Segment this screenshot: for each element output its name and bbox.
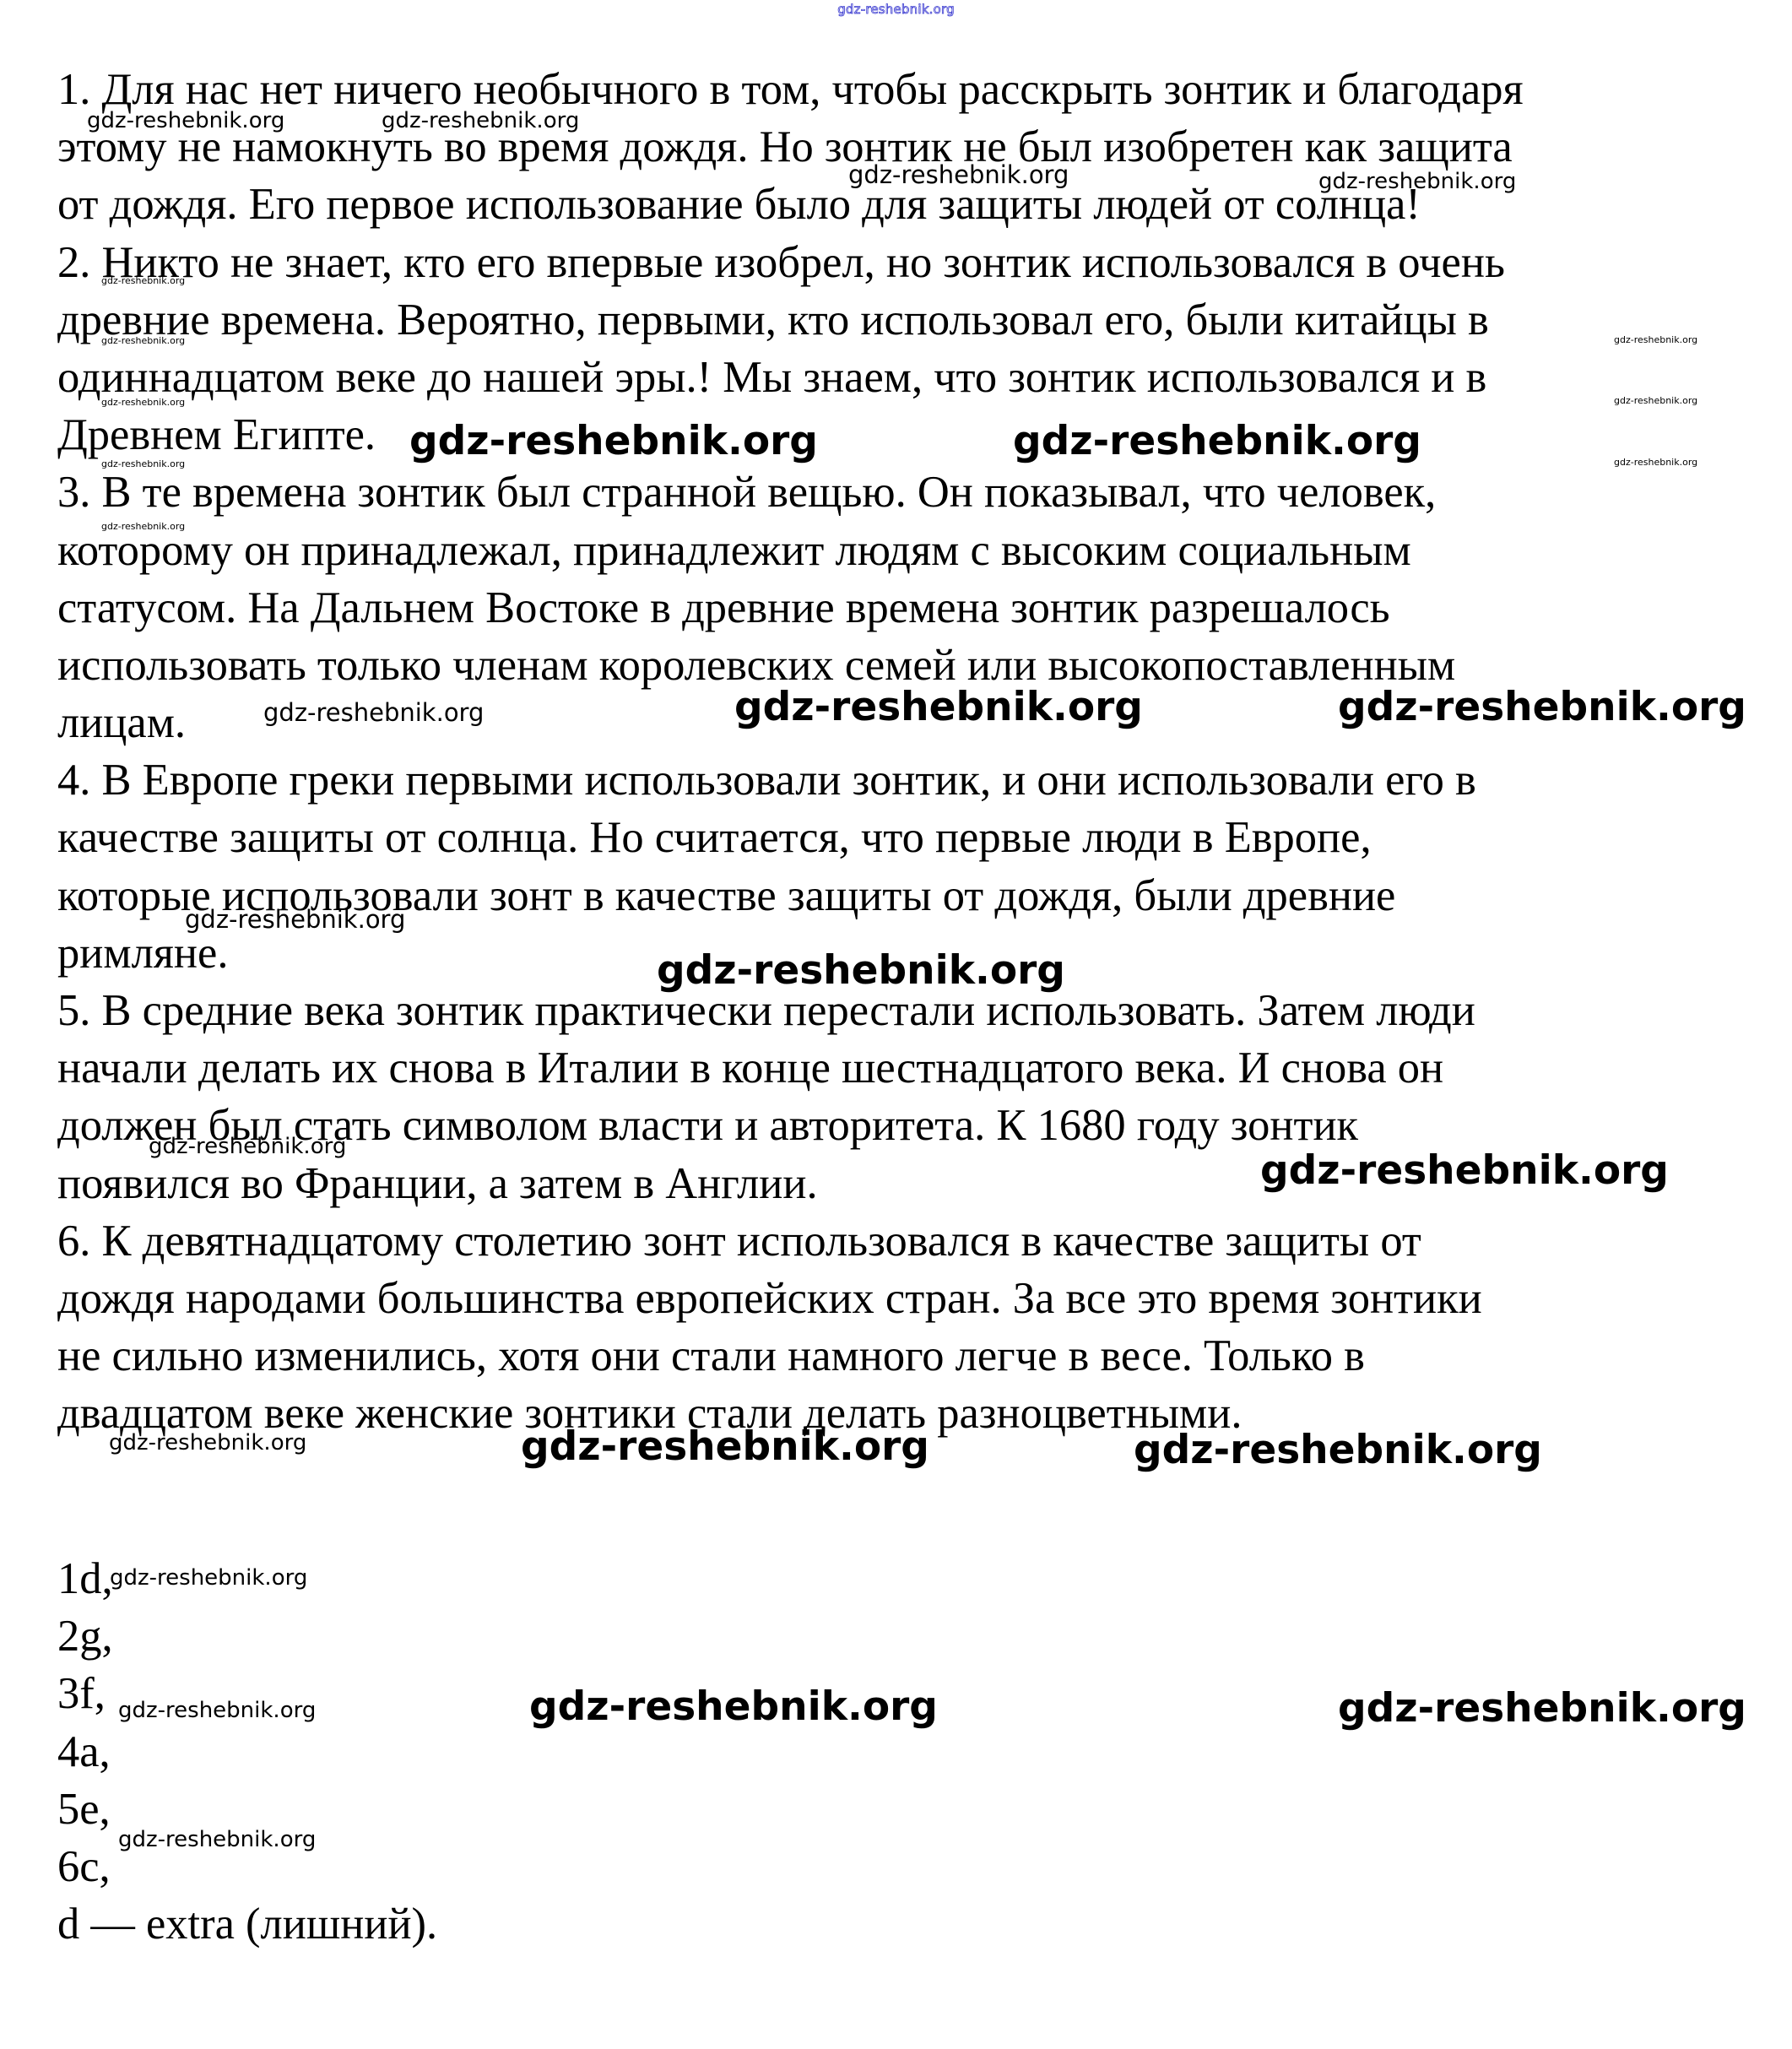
answer-item: 5e, bbox=[57, 1781, 437, 1838]
text-line: двадцатом веке женские зонтики стали дел… bbox=[57, 1385, 1779, 1442]
paragraph-2: 2. Никто не знает, кто его впервые изобр… bbox=[57, 234, 1779, 464]
text-line: Древнем Египте. bbox=[57, 406, 1779, 463]
answer-item: 6c, bbox=[57, 1838, 437, 1895]
text-line: от дождя. Его первое использование было … bbox=[57, 176, 1779, 233]
answer-item: 3f, bbox=[57, 1665, 437, 1722]
paragraph-1: 1. Для нас нет ничего необычного в том, … bbox=[57, 61, 1779, 234]
answer-item: 2g, bbox=[57, 1607, 437, 1665]
translation-text: 1. Для нас нет ничего необычного в том, … bbox=[57, 61, 1779, 1443]
text-line: лицам. bbox=[57, 694, 1779, 751]
text-line: 5. В средние века зонтик практически пер… bbox=[57, 982, 1779, 1039]
text-line: качестве защиты от солнца. Но считается,… bbox=[57, 809, 1779, 866]
answer-key: 1d, 2g, 3f, 4a, 5e, 6c, d — extra (лишни… bbox=[57, 1550, 437, 1953]
text-line: римляне. bbox=[57, 924, 1779, 982]
text-line: начали делать их снова в Италии в конце … bbox=[57, 1039, 1779, 1097]
watermark: gdz-reshebnik.org bbox=[1338, 1685, 1746, 1732]
text-line: статусом. На Дальнем Востоке в древние в… bbox=[57, 579, 1779, 637]
text-line: появился во Франции, а затем в Англии. bbox=[57, 1155, 1779, 1212]
site-header-mark: gdz-reshebnik.org bbox=[0, 2, 1792, 17]
text-line: которые использовали зонт в качестве защ… bbox=[57, 867, 1779, 924]
text-line: дождя народами большинства европейских с… bbox=[57, 1270, 1779, 1327]
paragraph-3: 3. В те времена зонтик был странной вещь… bbox=[57, 463, 1779, 751]
watermark: gdz-reshebnik.org bbox=[529, 1683, 938, 1730]
text-line: одиннадцатом веке до нашей эры.! Мы знае… bbox=[57, 349, 1779, 406]
text-line: не сильно изменились, хотя они стали нам… bbox=[57, 1327, 1779, 1385]
answer-item: 4a, bbox=[57, 1723, 437, 1781]
paragraph-6: 6. К девятнадцатому столетию зонт исполь… bbox=[57, 1212, 1779, 1443]
answer-item: d — extra (лишний). bbox=[57, 1895, 437, 1953]
paragraph-4: 4. В Европе греки первыми использовали з… bbox=[57, 751, 1779, 982]
text-line: 4. В Европе греки первыми использовали з… bbox=[57, 751, 1779, 809]
text-line: 2. Никто не знает, кто его впервые изобр… bbox=[57, 234, 1779, 291]
text-line: 6. К девятнадцатому столетию зонт исполь… bbox=[57, 1212, 1779, 1270]
text-line: этому не намокнуть во время дождя. Но зо… bbox=[57, 118, 1779, 176]
answer-item: 1d, bbox=[57, 1550, 437, 1607]
document-page: gdz-reshebnik.org 1. Для нас нет ничего … bbox=[0, 0, 1792, 2049]
text-line: использовать только членам королевских с… bbox=[57, 637, 1779, 694]
text-line: древние времена. Вероятно, первыми, кто … bbox=[57, 291, 1779, 349]
text-line: должен был стать символом власти и автор… bbox=[57, 1097, 1779, 1154]
text-line: 1. Для нас нет ничего необычного в том, … bbox=[57, 61, 1779, 118]
paragraph-5: 5. В средние века зонтик практически пер… bbox=[57, 982, 1779, 1212]
text-line: 3. В те времена зонтик был странной вещь… bbox=[57, 463, 1779, 521]
text-line: которому он принадлежал, принадлежит люд… bbox=[57, 522, 1779, 579]
